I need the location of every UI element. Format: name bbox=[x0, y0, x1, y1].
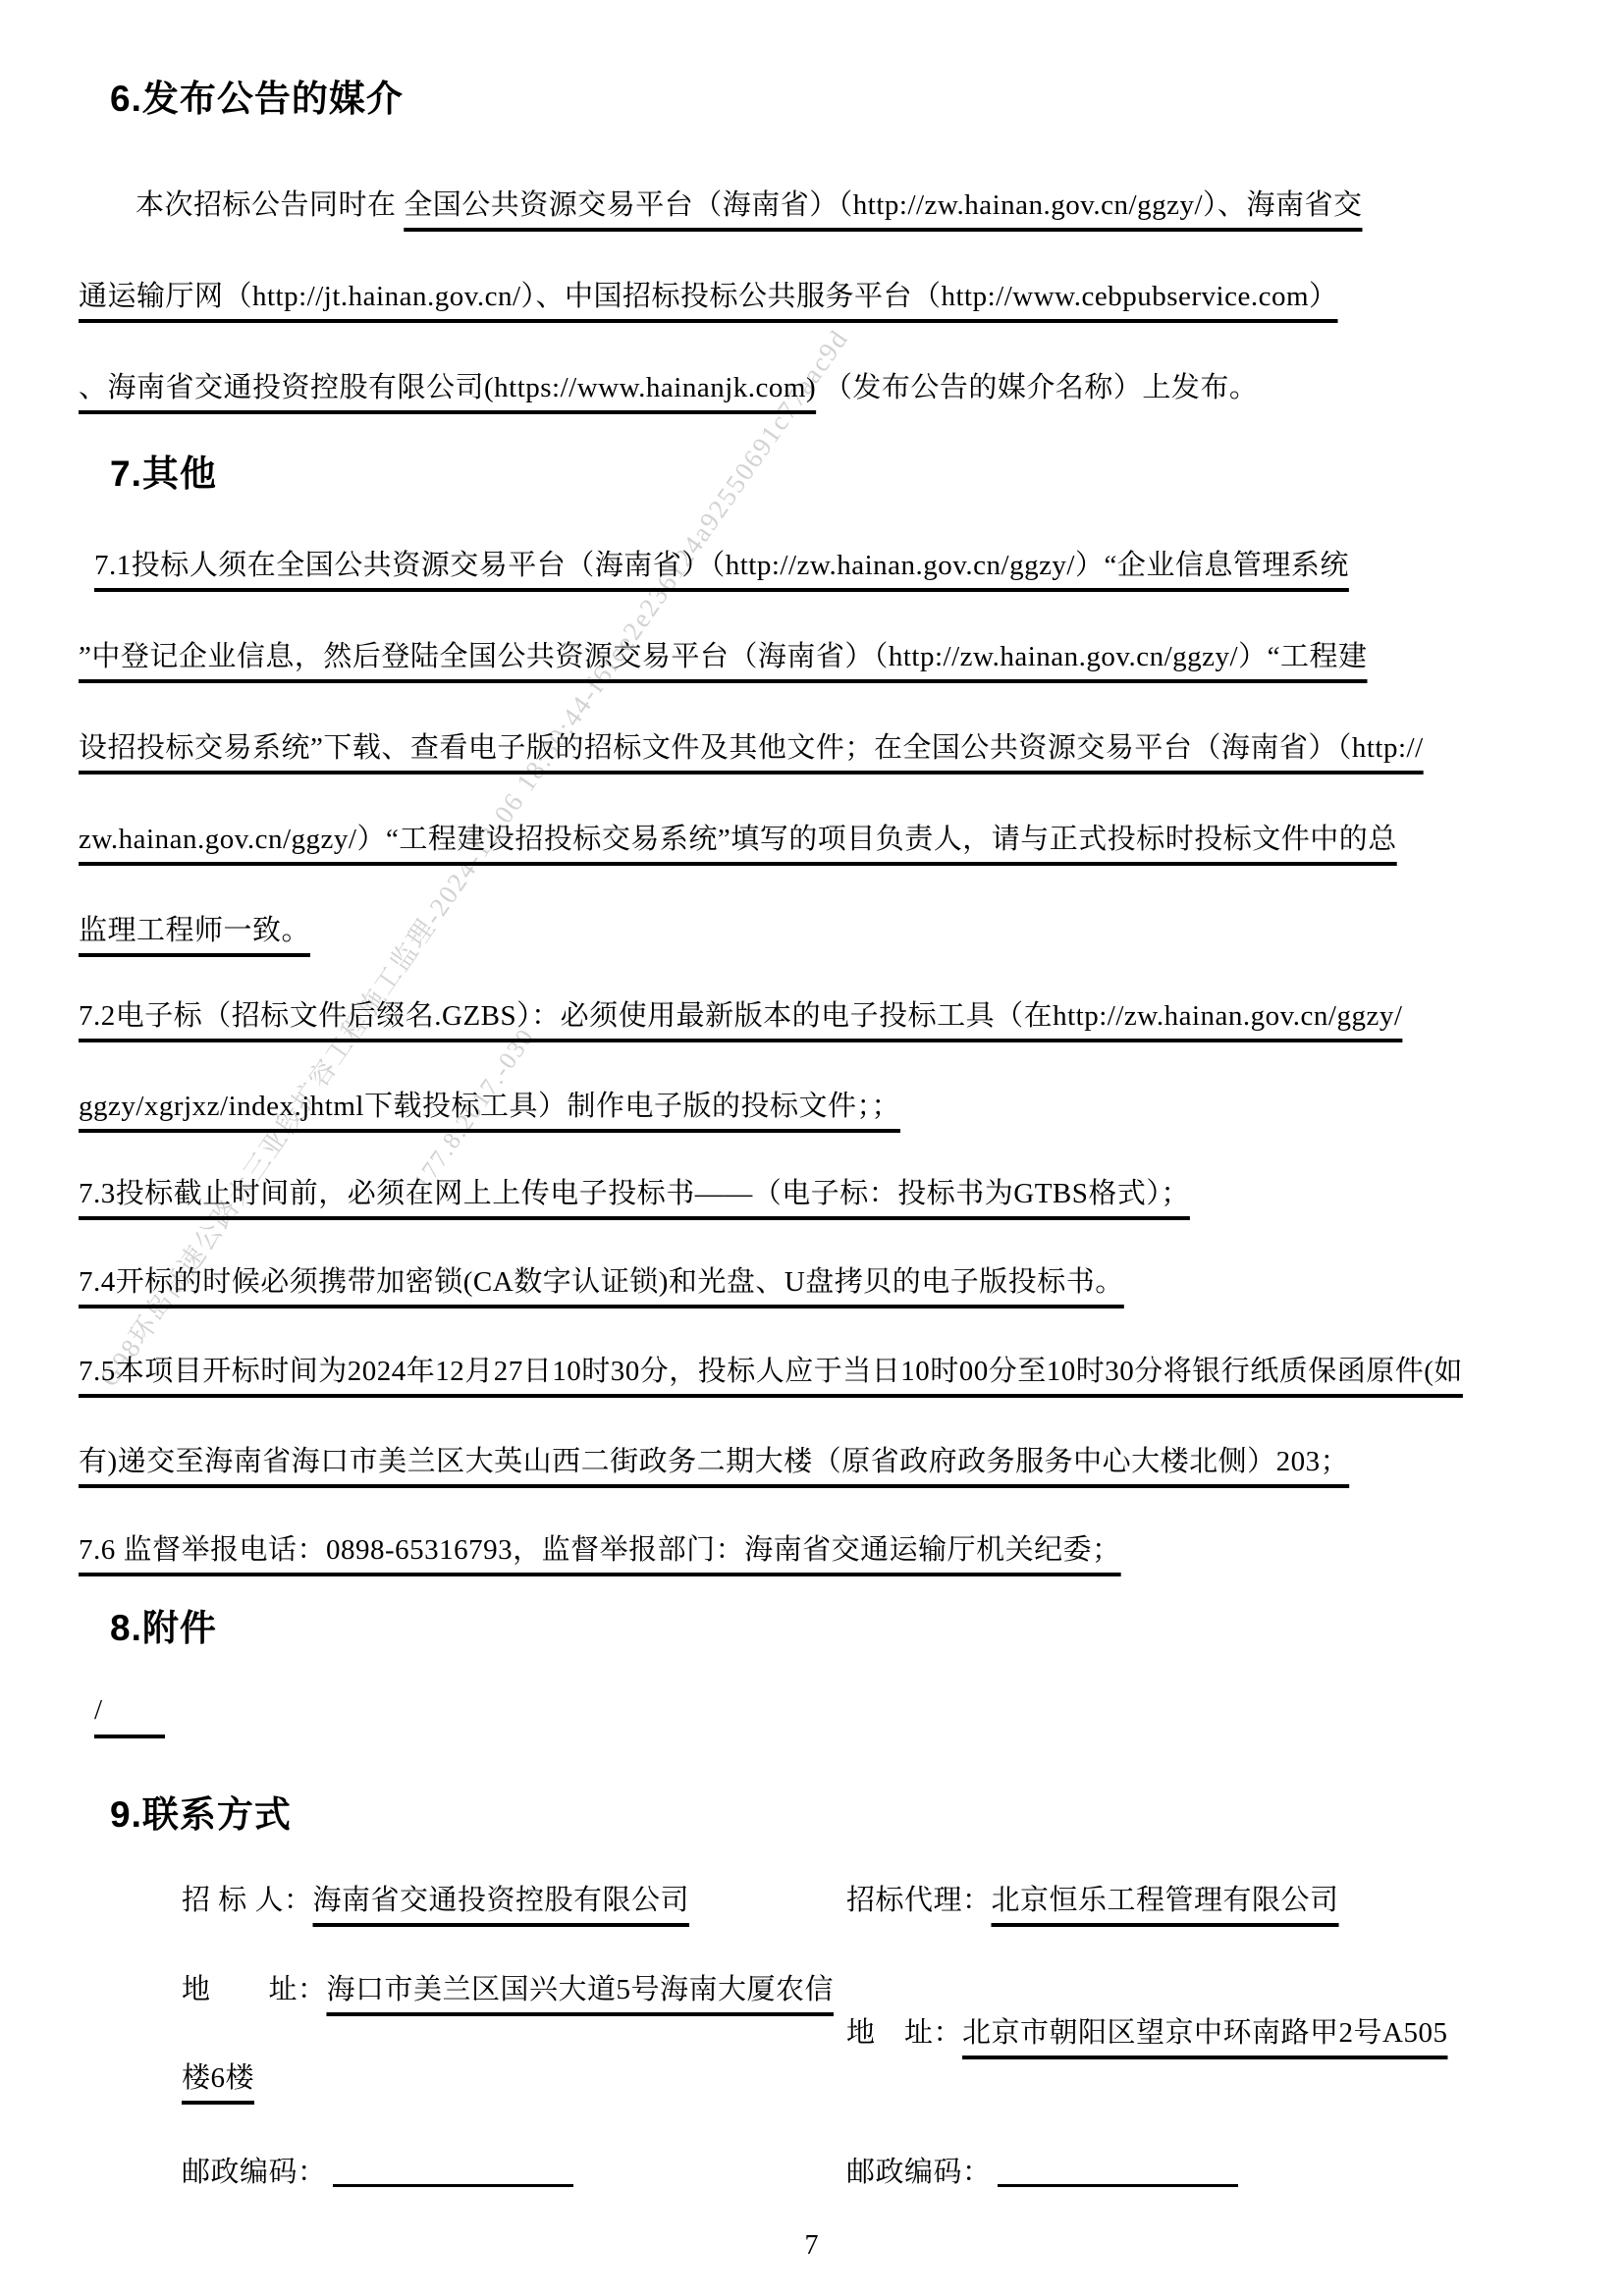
section-heading-6: 6.发布公告的媒介 bbox=[110, 69, 404, 122]
bidder-postal-row: 邮政编码： bbox=[182, 2150, 573, 2190]
agent-postal-blank bbox=[998, 2184, 1238, 2187]
attachment-value: / bbox=[94, 1694, 165, 1738]
bidder-postal-blank bbox=[333, 2184, 573, 2187]
section-heading-7: 7.其他 bbox=[110, 444, 217, 497]
bidder-postal-label: 邮政编码： bbox=[182, 2157, 327, 2188]
underlined-text: 7.5本项目开标时间为2024年12月27日10时30分，投标人应于当日10时0… bbox=[79, 1356, 1463, 1387]
paragraph-line: 7.5本项目开标时间为2024年12月27日10时30分，投标人应于当日10时0… bbox=[79, 1349, 1463, 1389]
bidder-address-cont: 楼6楼 bbox=[182, 2056, 254, 2096]
section-heading-9: 9.联系方式 bbox=[110, 1785, 292, 1838]
paragraph-line: 7.1投标人须在全国公共资源交易平台（海南省）（http://zw.hainan… bbox=[94, 543, 1349, 583]
paragraph-line: 监理工程师一致。 bbox=[79, 908, 310, 948]
agent-address-row: 地 址：北京市朝阳区望京中环南路甲2号A505 bbox=[846, 2010, 1447, 2051]
agent-address-label: 地 址： bbox=[846, 2017, 962, 2049]
underlined-text: 有)递交至海南省海口市美兰区大英山西二街政务二期大楼（原省政府政务服务中心大楼北… bbox=[79, 1446, 1349, 1477]
paragraph-line: 、海南省交通投资控股有限公司(https://www.hainanjk.com)… bbox=[79, 365, 1258, 405]
paragraph-line: 通运输厅网（http://jt.hainan.gov.cn/）、中国招标投标公共… bbox=[79, 274, 1338, 314]
underlined-text: 监理工程师一致。 bbox=[79, 915, 310, 946]
agent-label: 招标代理： bbox=[846, 1885, 992, 1916]
underlined-text: ”中登记企业信息，然后登陆全国公共资源交易平台（海南省）（http://zw.h… bbox=[79, 641, 1368, 672]
bidder-row: 招 标 人：海南省交通投资控股有限公司 bbox=[182, 1878, 689, 1918]
page-number: 7 bbox=[0, 2230, 1623, 2262]
paragraph-line: 7.4开标的时候必须携带加密锁(CA数字认证锁)和光盘、U盘拷贝的电子版投标书。 bbox=[79, 1259, 1124, 1300]
plain-text: （发布公告的媒介名称）上发布。 bbox=[816, 372, 1258, 403]
underlined-text: 7.3投标截止时间前，必须在网上上传电子投标书——（电子标：投标书为GTBS格式… bbox=[79, 1178, 1190, 1209]
underlined-text: 通运输厅网（http://jt.hainan.gov.cn/）、中国招标投标公共… bbox=[79, 281, 1338, 312]
paragraph-line: 有)递交至海南省海口市美兰区大英山西二街政务二期大楼（原省政府政务服务中心大楼北… bbox=[79, 1439, 1349, 1479]
paragraph-line: 设招投标交易系统”下载、查看电子版的招标文件及其他文件；在全国公共资源交易平台（… bbox=[79, 725, 1424, 766]
paragraph-line: zw.hainan.gov.cn/ggzy/）“工程建设招投标交易系统”填写的项… bbox=[79, 817, 1397, 857]
underlined-text: 7.1投标人须在全国公共资源交易平台（海南省）（http://zw.hainan… bbox=[94, 550, 1349, 581]
bidder-address-cont-value: 楼6楼 bbox=[182, 2062, 254, 2094]
bidder-value: 海南省交通投资控股有限公司 bbox=[313, 1885, 690, 1916]
agent-value: 北京恒乐工程管理有限公司 bbox=[992, 1885, 1339, 1916]
plain-text: 本次招标公告同时在 bbox=[135, 189, 404, 221]
bidder-address-value: 海口市美兰区国兴大道5号海南大厦农信 bbox=[327, 1974, 835, 2005]
underlined-text: 7.4开标的时候必须携带加密锁(CA数字认证锁)和光盘、U盘拷贝的电子版投标书。 bbox=[79, 1266, 1124, 1298]
underlined-text: 、海南省交通投资控股有限公司(https://www.hainanjk.com) bbox=[79, 372, 816, 403]
document-page: G98环岛高速公路大三亚段扩容工程施工监理-2024-12-06 18:30:4… bbox=[0, 0, 1623, 2296]
agent-postal-label: 邮政编码： bbox=[846, 2157, 992, 2188]
agent-address-value: 北京市朝阳区望京中环南路甲2号A505 bbox=[962, 2017, 1447, 2049]
agent-postal-row: 邮政编码： bbox=[846, 2150, 1238, 2190]
paragraph-line: ggzy/xgrjxz/index.jhtml下载投标工具）制作电子版的投标文件… bbox=[79, 1084, 900, 1124]
bidder-label: 招 标 人： bbox=[182, 1885, 313, 1916]
paragraph-line: ”中登记企业信息，然后登陆全国公共资源交易平台（海南省）（http://zw.h… bbox=[79, 634, 1368, 674]
paragraph-line: 7.6 监督举报电话：0898-65316793，监督举报部门：海南省交通运输厅… bbox=[79, 1527, 1121, 1568]
underlined-text: ggzy/xgrjxz/index.jhtml下载投标工具）制作电子版的投标文件… bbox=[79, 1091, 900, 1122]
paragraph-line: 本次招标公告同时在 全国公共资源交易平台（海南省）（http://zw.hain… bbox=[135, 183, 1363, 223]
underlined-text: 全国公共资源交易平台（海南省）（http://zw.hainan.gov.cn/… bbox=[404, 189, 1362, 221]
bidder-address-row: 地 址：海口市美兰区国兴大道5号海南大厦农信 bbox=[182, 1967, 834, 2007]
underlined-text: 设招投标交易系统”下载、查看电子版的招标文件及其他文件；在全国公共资源交易平台（… bbox=[79, 732, 1424, 764]
underlined-text: zw.hainan.gov.cn/ggzy/）“工程建设招投标交易系统”填写的项… bbox=[79, 824, 1397, 855]
agent-row: 招标代理：北京恒乐工程管理有限公司 bbox=[846, 1878, 1339, 1918]
section-heading-8: 8.附件 bbox=[110, 1598, 217, 1651]
attachment-line: / bbox=[94, 1694, 165, 1738]
paragraph-line: 7.2电子标（招标文件后缀名.GZBS）：必须使用最新版本的电子投标工具（在ht… bbox=[79, 993, 1402, 1034]
underlined-text: 7.2电子标（招标文件后缀名.GZBS）：必须使用最新版本的电子投标工具（在ht… bbox=[79, 1000, 1402, 1032]
bidder-address-label: 地 址： bbox=[182, 1974, 327, 2005]
underlined-text: 7.6 监督举报电话：0898-65316793，监督举报部门：海南省交通运输厅… bbox=[79, 1534, 1121, 1566]
paragraph-line: 7.3投标截止时间前，必须在网上上传电子投标书——（电子标：投标书为GTBS格式… bbox=[79, 1171, 1190, 1211]
